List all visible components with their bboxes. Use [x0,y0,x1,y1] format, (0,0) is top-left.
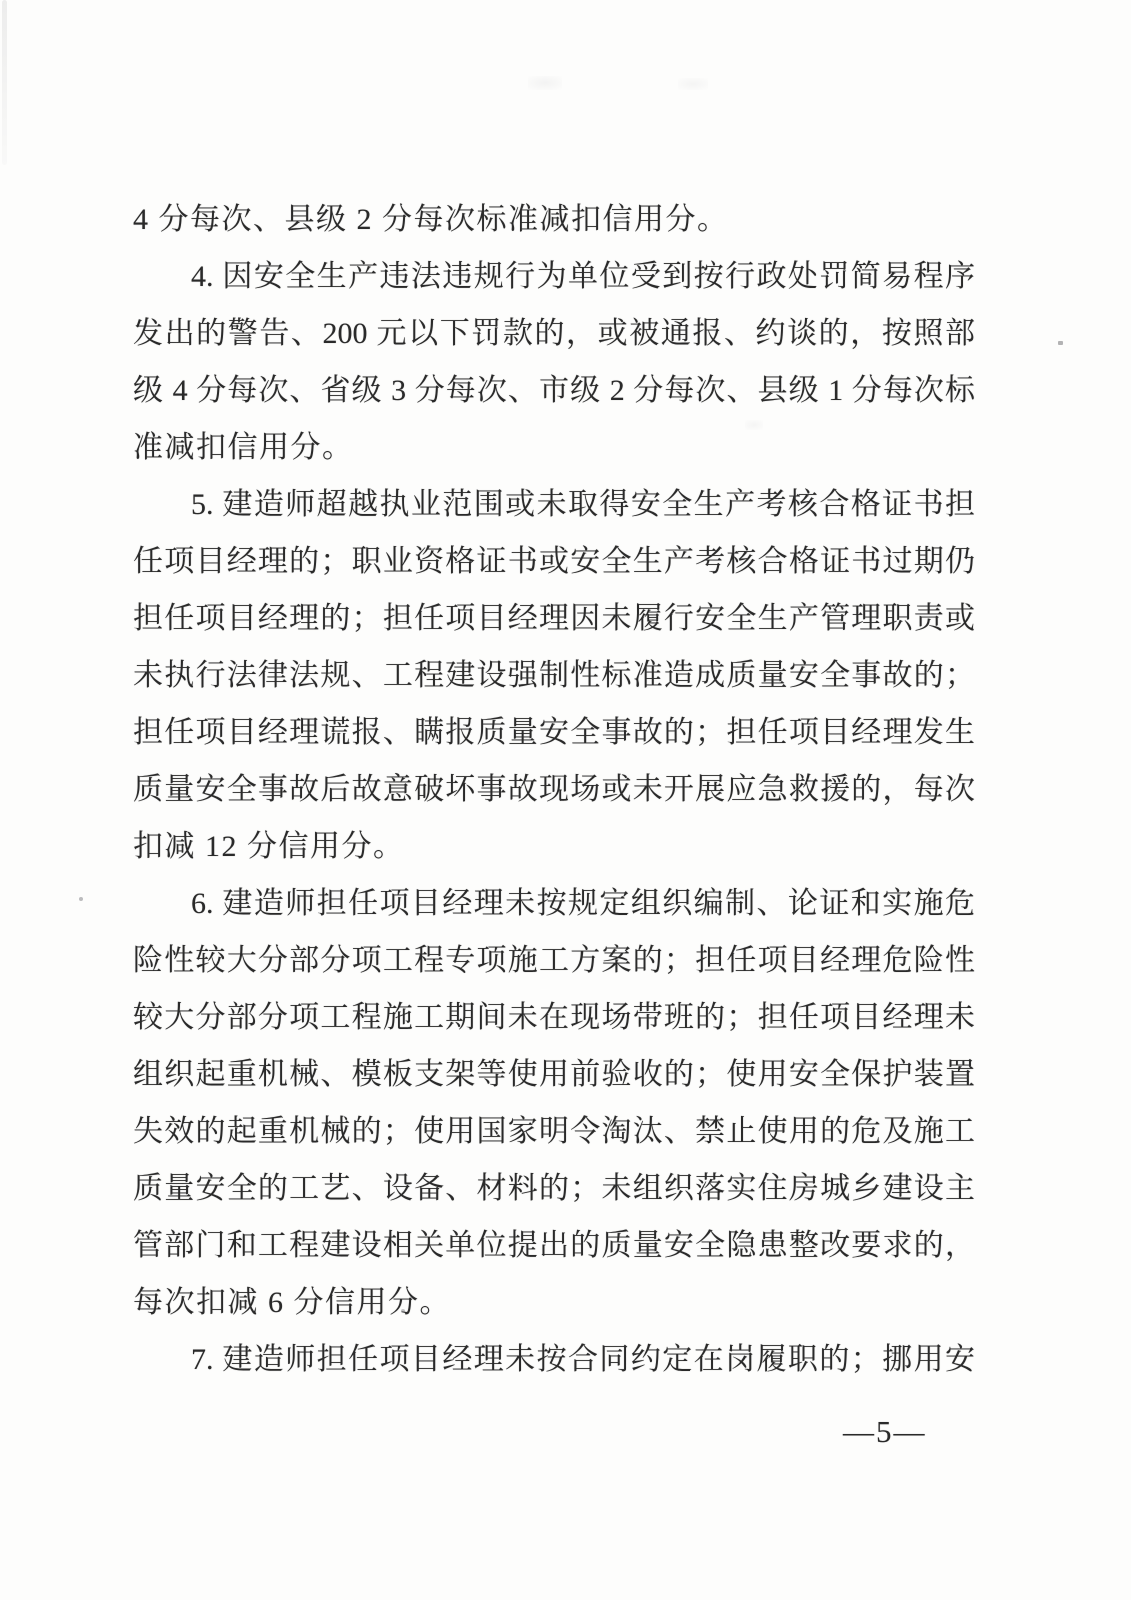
text-line: 扣减 12 分信用分。 [133,818,975,875]
text-line: 5. 建造师超越执业范围或未取得安全生产考核合格证书担 [133,476,975,533]
scan-smudge [528,76,562,90]
text-line: 较大分部分项工程施工期间未在现场带班的；担任项目经理未 [133,989,975,1046]
text-line: 准减扣信用分。 [133,419,975,476]
text-line: 级 4 分每次、省级 3 分每次、市级 2 分每次、县级 1 分每次标 [133,362,975,419]
text-line: 质量安全事故后故意破坏事故现场或未开展应急救援的，每次 [133,761,975,818]
text-line: 发出的警告、200 元以下罚款的，或被通报、约谈的，按照部 [133,305,975,362]
scan-smudge [678,78,708,90]
text-line: 质量安全的工艺、设备、材料的；未组织落实住房城乡建设主 [133,1160,975,1217]
scan-edge-artifact [2,0,7,165]
text-line: 失效的起重机械的；使用国家明令淘汰、禁止使用的危及施工 [133,1103,975,1160]
text-line: 每次扣减 6 分信用分。 [133,1274,975,1331]
text-line: 4 分每次、县级 2 分每次标准减扣信用分。 [133,191,975,248]
text-line: 6. 建造师担任项目经理未按规定组织编制、论证和实施危 [133,875,975,932]
text-line: 担任项目经理谎报、瞒报质量安全事故的；担任项目经理发生 [133,704,975,761]
scan-speck [1058,341,1063,345]
document-page: 4 分每次、县级 2 分每次标准减扣信用分。4. 因安全生产违法违规行为单位受到… [0,0,1131,1600]
page-number: —5— [843,1414,927,1450]
text-line: 管部门和工程建设相关单位提出的质量安全隐患整改要求的， [133,1217,975,1274]
document-body: 4 分每次、县级 2 分每次标准减扣信用分。4. 因安全生产违法违规行为单位受到… [133,191,975,1388]
text-line: 险性较大分部分项工程专项施工方案的；担任项目经理危险性 [133,932,975,989]
text-line: 担任项目经理的；担任项目经理因未履行安全生产管理职责或 [133,590,975,647]
text-line: 组织起重机械、模板支架等使用前验收的；使用安全保护装置 [133,1046,975,1103]
text-line: 4. 因安全生产违法违规行为单位受到按行政处罚简易程序 [133,248,975,305]
scan-speck [79,897,83,901]
text-line: 7. 建造师担任项目经理未按合同约定在岗履职的；挪用安 [133,1331,975,1388]
text-line: 任项目经理的；职业资格证书或安全生产考核合格证书过期仍 [133,533,975,590]
text-line: 未执行法律法规、工程建设强制性标准造成质量安全事故的； [133,647,975,704]
